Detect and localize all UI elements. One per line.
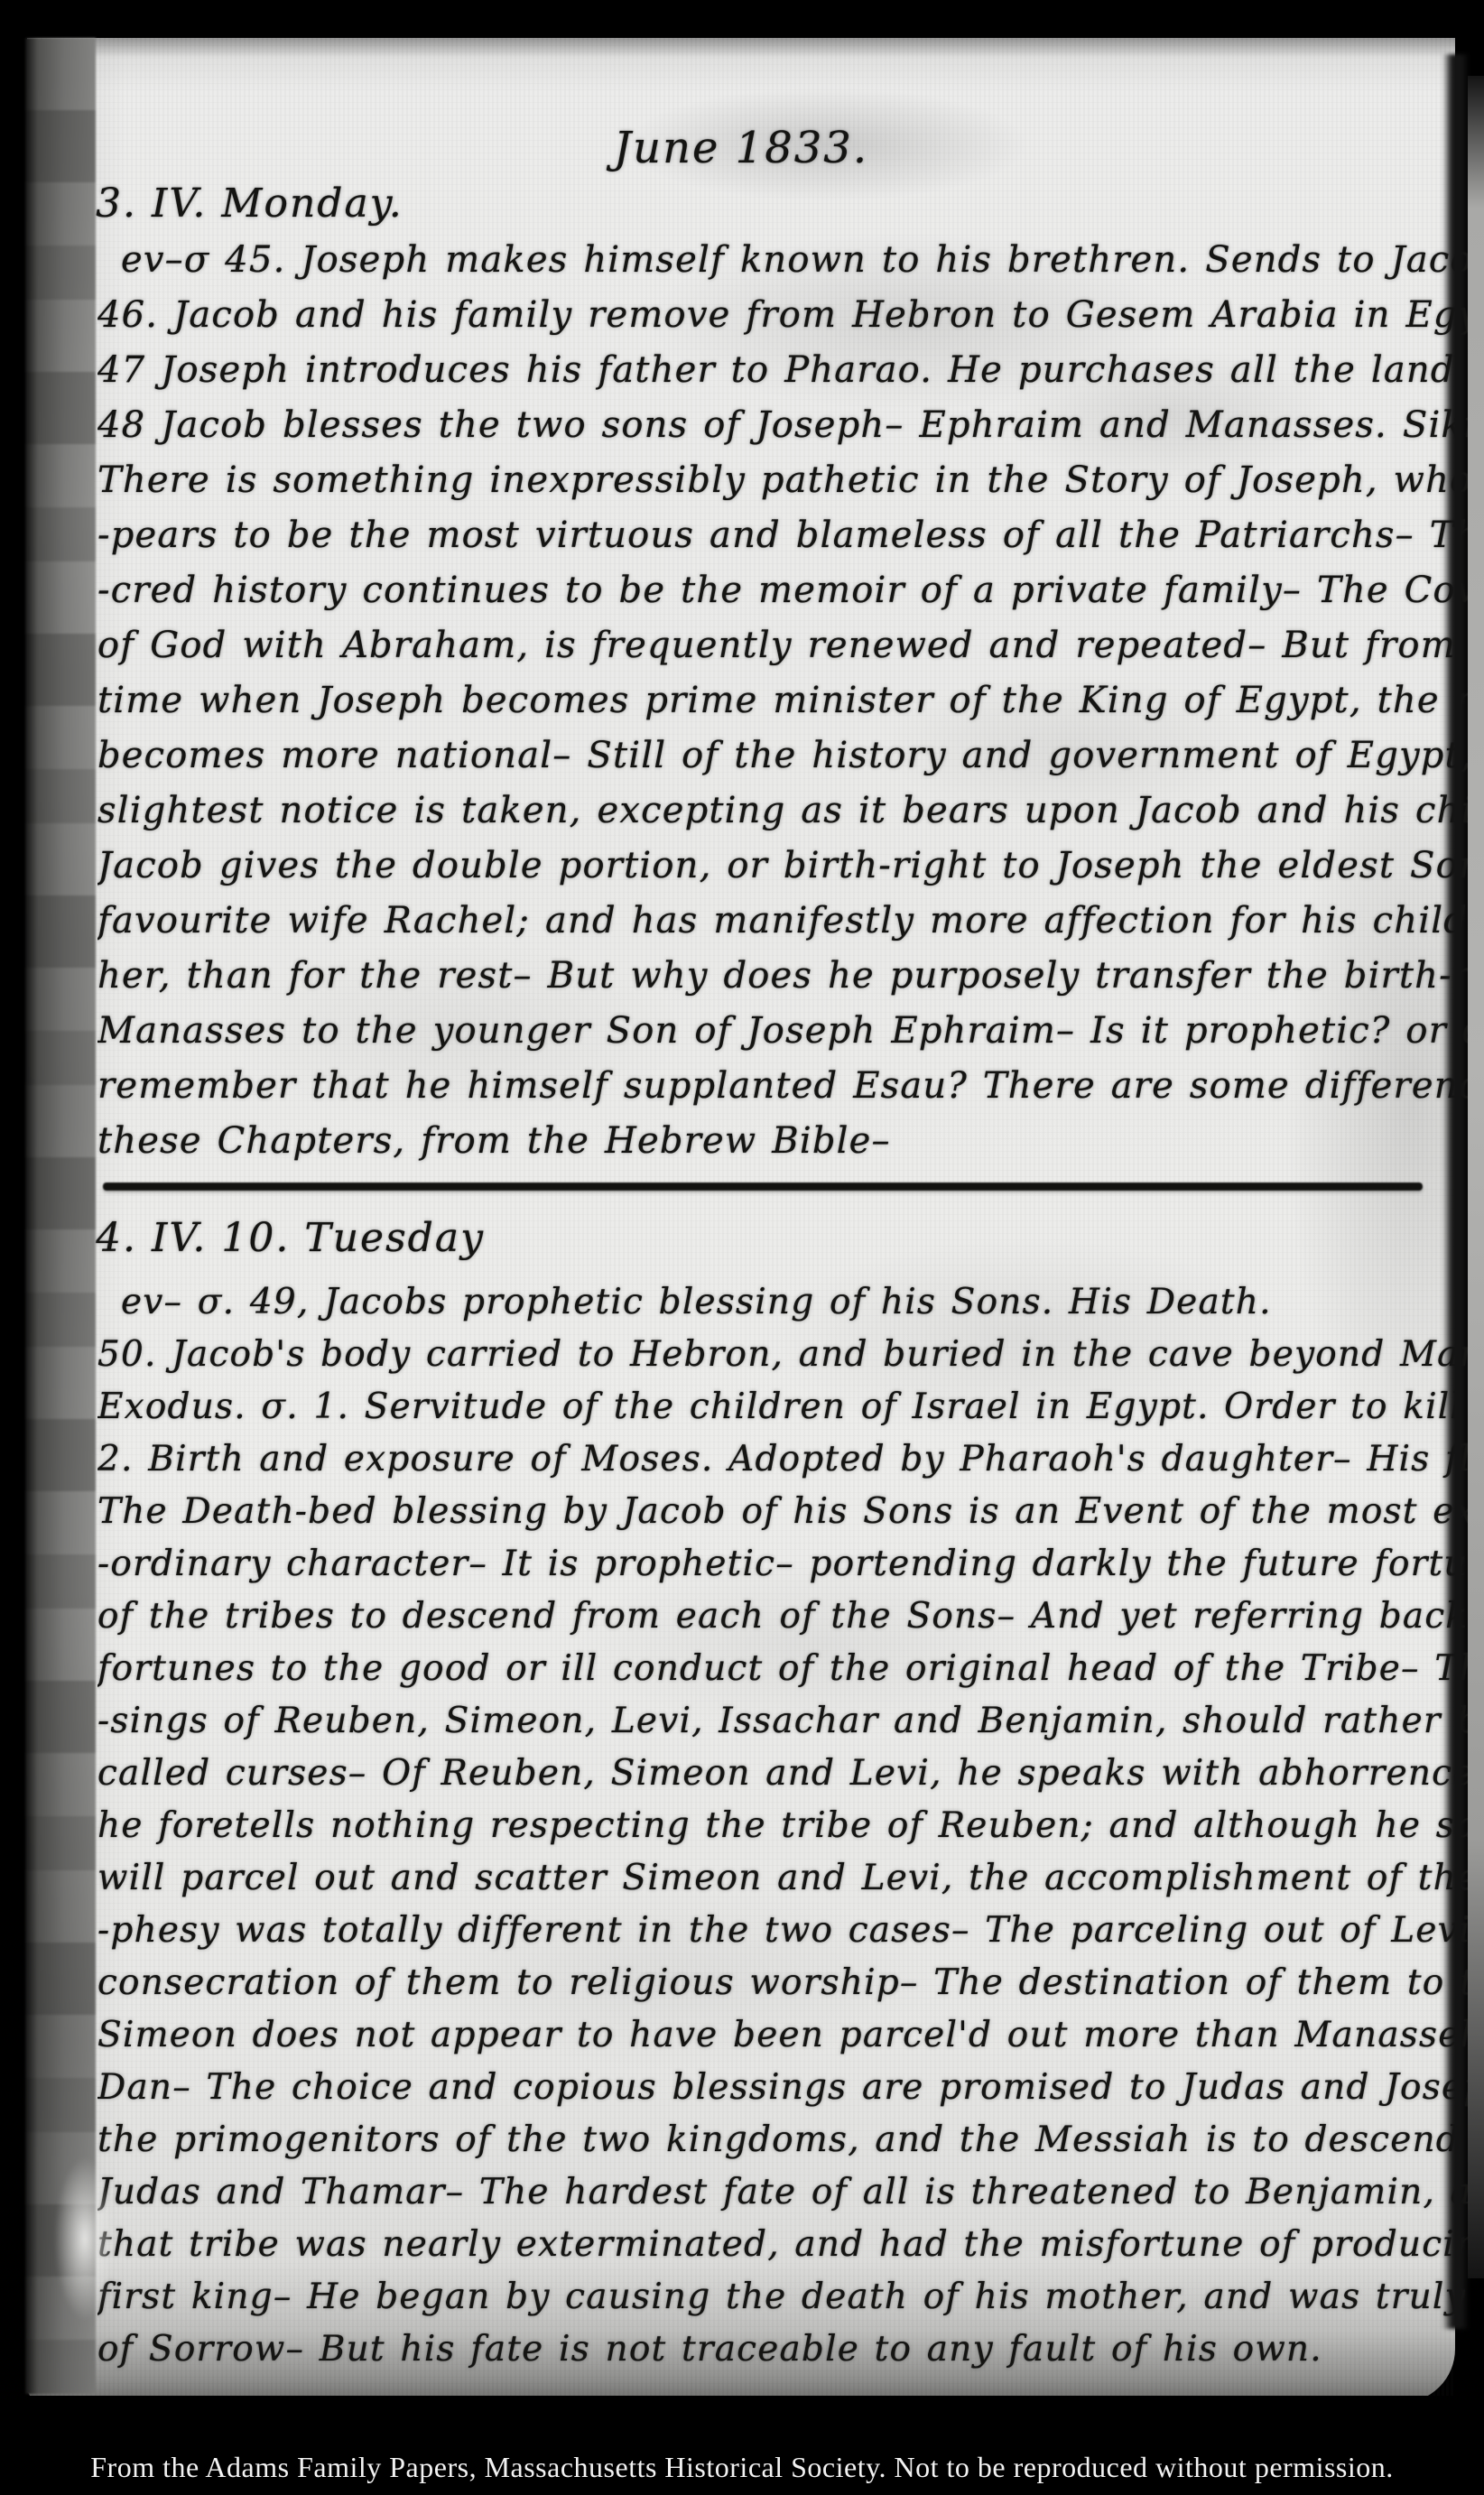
manuscript-line: Judas and Thamar– The hardest fate of al… — [97, 2166, 1470, 2219]
manuscript-line: consecration of them to religious worshi… — [97, 1957, 1470, 2009]
facing-page-edge — [1468, 76, 1484, 2278]
page-gutter-shadow — [1442, 54, 1470, 2329]
manuscript-line: becomes more national– Still of the hist… — [97, 728, 1470, 784]
manuscript-line: called curses– Of Reuben, Simeon and Lev… — [97, 1748, 1470, 1800]
manuscript-line: the primogenitors of the two kingdoms, a… — [97, 2114, 1470, 2166]
manuscript-line: ev– σ. 49, Jacobs prophetic blessing of … — [97, 1276, 1470, 1329]
book-binding-edge — [25, 38, 96, 2394]
manuscript-line: these Chapters, from the Hebrew Bible– — [97, 1114, 1470, 1169]
entry-body-monday: ev–σ 45. Joseph makes himself known to h… — [97, 233, 1470, 1172]
manuscript-line: will parcel out and scatter Simeon and L… — [97, 1852, 1470, 1905]
manuscript-line: 2. Birth and exposure of Moses. Adopted … — [97, 1433, 1470, 1486]
manuscript-line: of Sorrow– But his fate is not traceable… — [97, 2323, 1470, 2376]
entry-heading-tuesday: 4. IV. 10. Tuesday — [96, 1215, 485, 1261]
manuscript-line: remember that he himself supplanted Esau… — [97, 1059, 1470, 1114]
manuscript-line: Manasses to the younger Son of Joseph Ep… — [97, 1004, 1470, 1059]
manuscript-line: -pears to be the most virtuous and blame… — [97, 508, 1470, 563]
manuscript-line: -ordinary character– It is prophetic– po… — [97, 1538, 1470, 1591]
entry-divider-rule — [103, 1183, 1423, 1191]
manuscript-line: 46. Jacob and his family remove from Heb… — [97, 288, 1470, 343]
manuscript-page: June 1833. 3. IV. Monday. ev–σ 45. Josep… — [27, 38, 1455, 2403]
manuscript-line: Dan– The choice and copious blessings ar… — [97, 2062, 1470, 2114]
manuscript-line: 47 Joseph introduces his father to Phara… — [97, 343, 1470, 398]
manuscript-line: her, than for the rest– But why does he … — [97, 949, 1470, 1004]
manuscript-line: ev–σ 45. Joseph makes himself known to h… — [97, 233, 1470, 288]
manuscript-line: 48 Jacob blesses the two sons of Joseph–… — [97, 398, 1470, 453]
manuscript-line: of God with Abraham, is frequently renew… — [97, 618, 1470, 673]
entry-heading-monday: 3. IV. Monday. — [96, 181, 403, 227]
scanned-diary-page: June 1833. 3. IV. Monday. ev–σ 45. Josep… — [0, 0, 1484, 2495]
manuscript-line: that tribe was nearly exterminated, and … — [97, 2219, 1470, 2271]
manuscript-line: There is something inexpressibly patheti… — [97, 453, 1470, 508]
manuscript-line: fortunes to the good or ill conduct of t… — [97, 1643, 1470, 1695]
month-header: June 1833. — [27, 123, 1455, 173]
entry-body-tuesday: ev– σ. 49, Jacobs prophetic blessing of … — [97, 1276, 1470, 2379]
manuscript-line: time when Joseph becomes prime minister … — [97, 673, 1470, 728]
manuscript-line: -sings of Reuben, Simeon, Levi, Issachar… — [97, 1695, 1470, 1748]
archive-caption: From the Adams Family Papers, Massachuse… — [0, 2451, 1484, 2484]
manuscript-line: The Death-bed blessing by Jacob of his S… — [97, 1486, 1470, 1538]
manuscript-line: slightest notice is taken, excepting as … — [97, 784, 1470, 839]
manuscript-line: 50. Jacob's body carried to Hebron, and … — [97, 1329, 1470, 1381]
manuscript-line: favourite wife Rachel; and has manifestl… — [97, 894, 1470, 949]
manuscript-line: Simeon does not appear to have been parc… — [97, 2009, 1470, 2062]
caption-bar: From the Adams Family Papers, Massachuse… — [0, 2396, 1484, 2495]
manuscript-line: -phesy was totally different in the two … — [97, 1905, 1470, 1957]
manuscript-line: Jacob gives the double portion, or birth… — [97, 839, 1470, 894]
manuscript-line: Exodus. σ. 1. Servitude of the children … — [97, 1381, 1470, 1433]
manuscript-line: first king– He began by causing the deat… — [97, 2271, 1470, 2323]
manuscript-line: he foretells nothing respecting the trib… — [97, 1800, 1470, 1852]
manuscript-line: -cred history continues to be the memoir… — [97, 563, 1470, 618]
manuscript-line: of the tribes to descend from each of th… — [97, 1591, 1470, 1643]
